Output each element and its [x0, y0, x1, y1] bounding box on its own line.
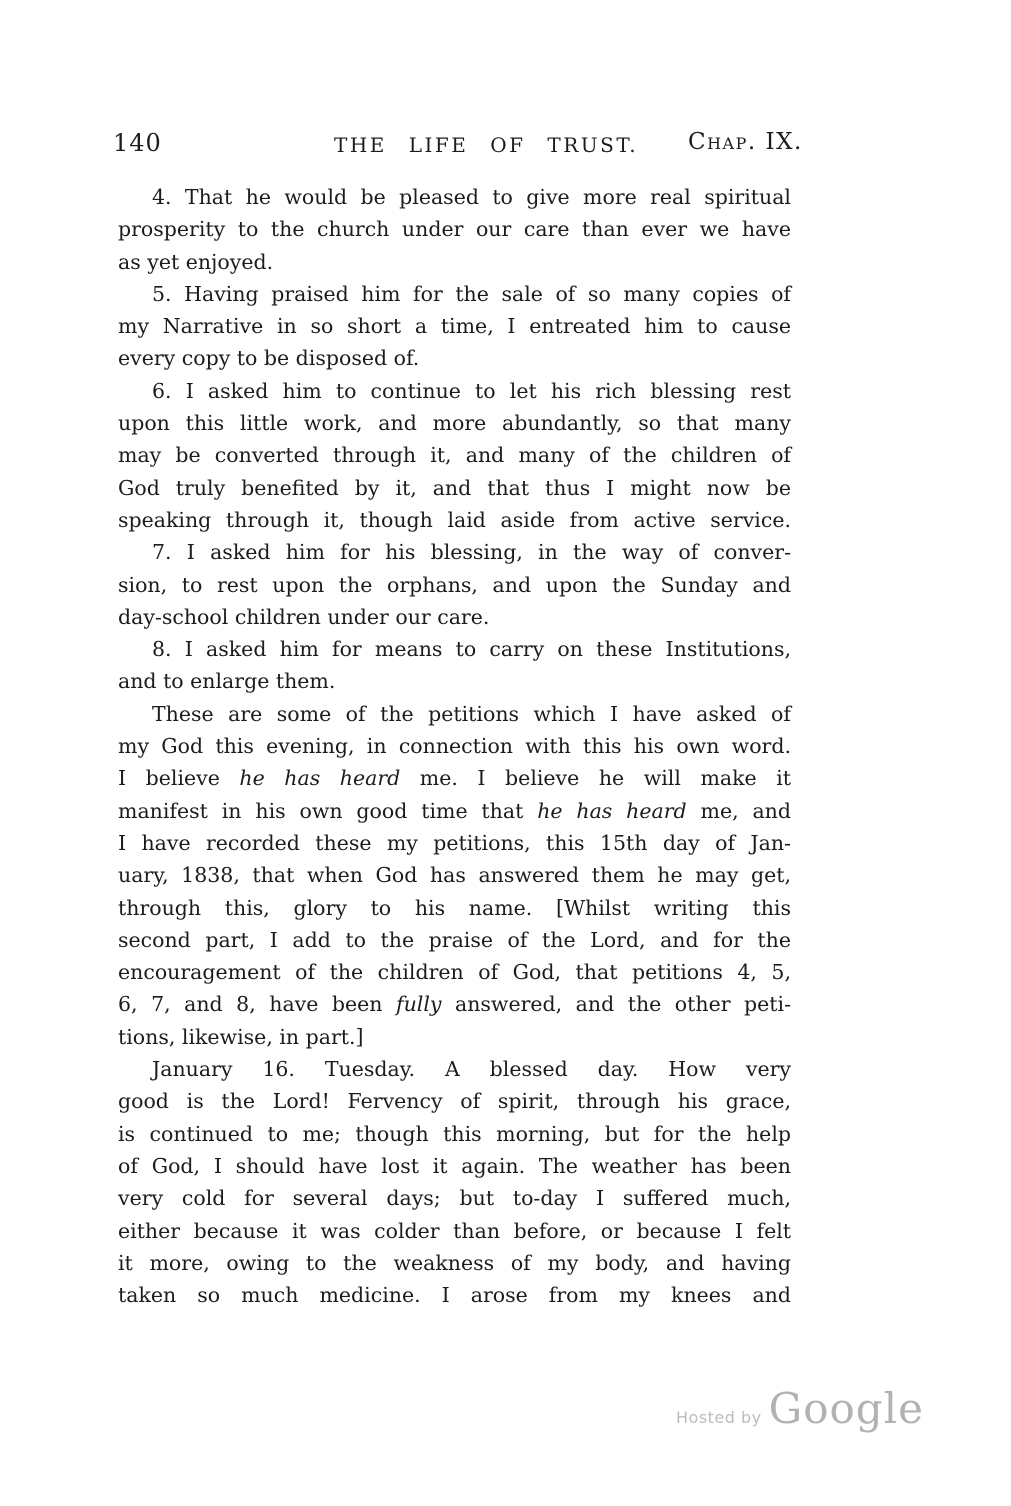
text-line: taken so much medicine. I arose from my … — [118, 1279, 791, 1311]
text-line: sion, to rest upon the orphans, and upon… — [118, 569, 791, 601]
text-line: very cold for several days; but to-day I… — [118, 1182, 791, 1214]
text-line: of God, I should have lost it again. The… — [118, 1150, 791, 1182]
text-line: may be converted through it, and many of… — [118, 439, 791, 471]
text-line: tions, likewise, in part.] — [118, 1021, 791, 1053]
text-line: as yet enjoyed. — [118, 246, 791, 278]
text-line: and to enlarge them. — [118, 665, 791, 697]
text-line: speaking through it, though laid aside f… — [118, 504, 791, 536]
text-line: through this, glory to his name. [Whilst… — [118, 892, 791, 924]
text-line: 6, 7, and 8, have been fully answered, a… — [118, 988, 791, 1020]
text-line: uary, 1838, that when God has answered t… — [118, 859, 791, 891]
text-line: every copy to be disposed of. — [118, 342, 791, 374]
text-line: my God this evening, in connection with … — [118, 730, 791, 762]
chapter-label: Chap. IX. — [688, 129, 803, 155]
page-number: 140 — [113, 129, 162, 157]
text-line: day-school children under our care. — [118, 601, 791, 633]
text-line: These are some of the petitions which I … — [118, 698, 791, 730]
google-logo: Google — [769, 1384, 924, 1433]
text-line: good is the Lord! Fervency of spirit, th… — [118, 1085, 791, 1117]
text-line: my Narrative in so short a time, I entre… — [118, 310, 791, 342]
paragraph: 7. I asked him for his blessing, in the … — [118, 536, 791, 633]
text-line: it more, owing to the weakness of my bod… — [118, 1247, 791, 1279]
text-line: second part, I add to the praise of the … — [118, 924, 791, 956]
text-line: encouragement of the children of God, th… — [118, 956, 791, 988]
paragraph: 6. I asked him to continue to let his ri… — [118, 375, 791, 536]
text-line: God truly benefited by it, and that thus… — [118, 472, 791, 504]
text-line: manifest in his own good time that he ha… — [118, 795, 791, 827]
text-line: 7. I asked him for his blessing, in the … — [118, 536, 791, 568]
text-line: January 16. Tuesday. A blessed day. How … — [118, 1053, 791, 1085]
text-line: 8. I asked him for means to carry on the… — [118, 633, 791, 665]
text-line: either because it was colder than before… — [118, 1215, 791, 1247]
text-line: 5. Having praised him for the sale of so… — [118, 278, 791, 310]
paragraph: 5. Having praised him for the sale of so… — [118, 278, 791, 375]
paragraph: These are some of the petitions which I … — [118, 698, 791, 1053]
text-line: upon this little work, and more abundant… — [118, 407, 791, 439]
text-line: prosperity to the church under our care … — [118, 213, 791, 245]
running-title: THE LIFE OF TRUST. — [334, 133, 638, 157]
paragraph: 4. That he would be pleased to give more… — [118, 181, 791, 278]
text-line: 4. That he would be pleased to give more… — [118, 181, 791, 213]
paragraph: 8. I asked him for means to carry on the… — [118, 633, 791, 698]
text-line: is continued to me; though this morning,… — [118, 1118, 791, 1150]
hosted-by-label: Hosted by — [676, 1408, 762, 1427]
watermark-footer: Hosted by Google — [676, 1384, 924, 1433]
text-line: 6. I asked him to continue to let his ri… — [118, 375, 791, 407]
book-page: 140 THE LIFE OF TRUST. Chap. IX. 4. That… — [0, 0, 1011, 1506]
paragraph: January 16. Tuesday. A blessed day. How … — [118, 1053, 791, 1311]
text-line: I have recorded these my petitions, this… — [118, 827, 791, 859]
text-line: I believe he has heard me. I believe he … — [118, 762, 791, 794]
page-body: 4. That he would be pleased to give more… — [118, 181, 791, 1311]
